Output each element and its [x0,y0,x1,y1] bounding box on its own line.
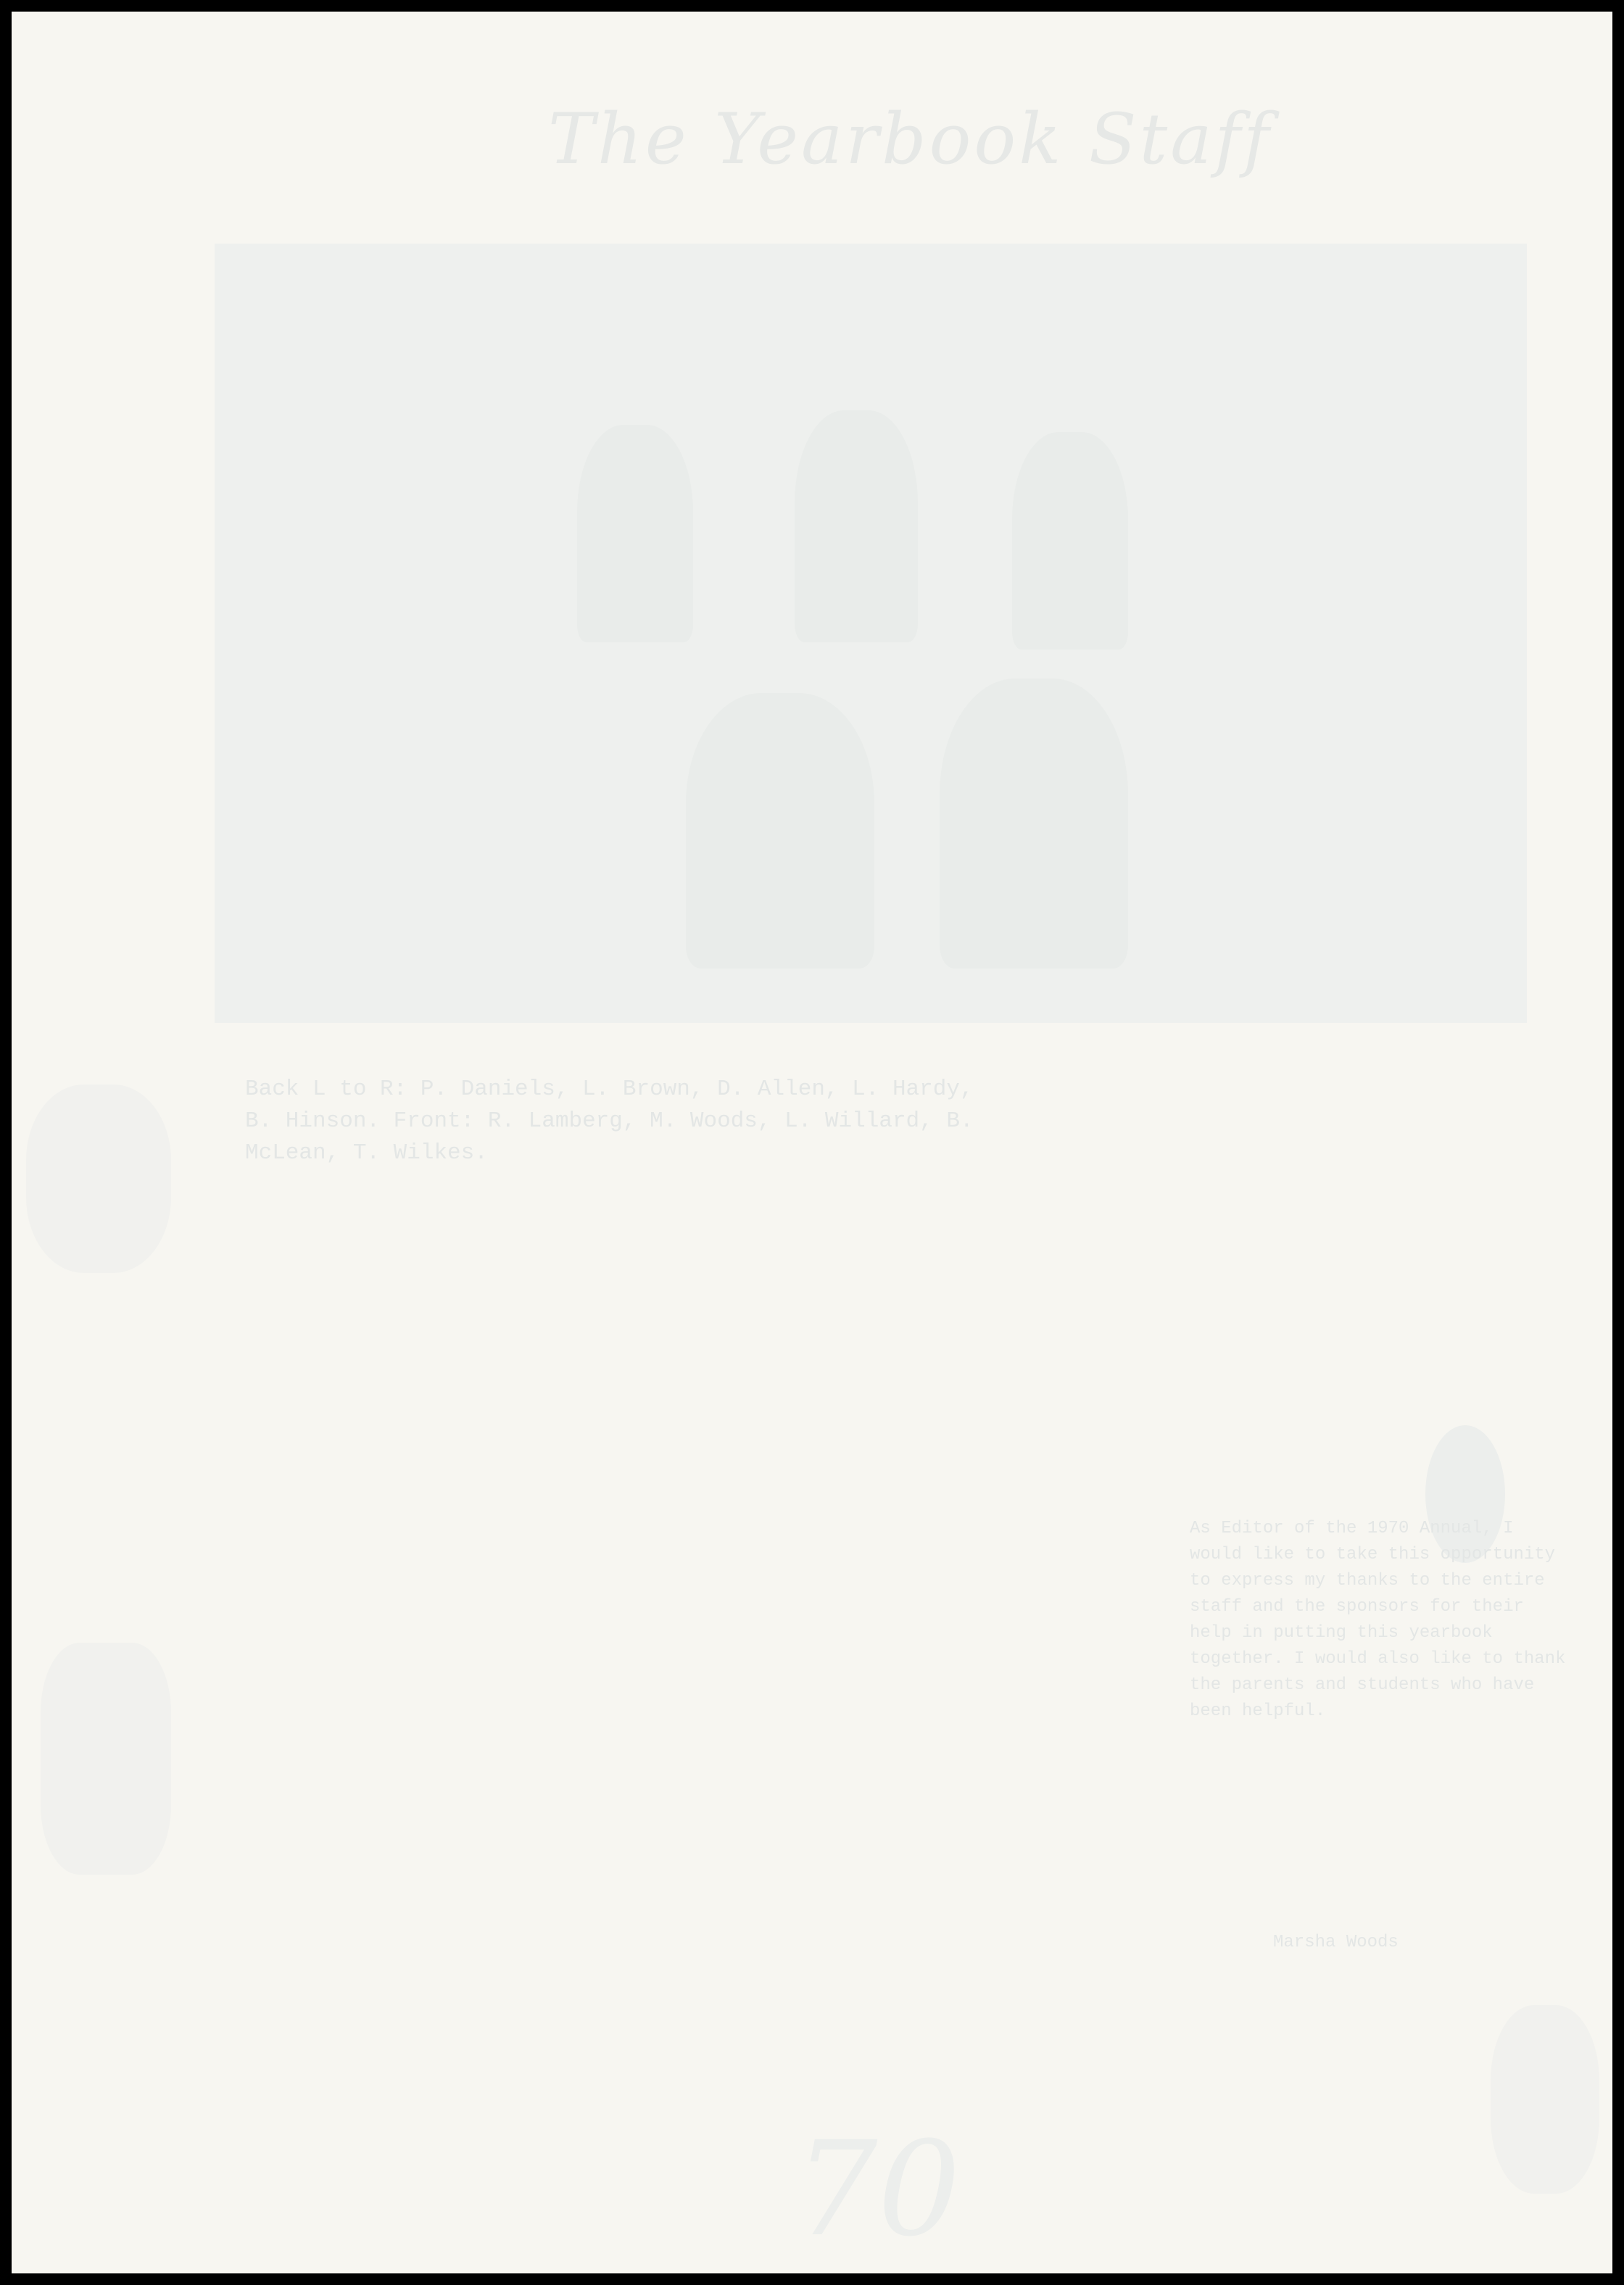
decorative-numeral: 70 [795,2114,961,2265]
caption-line: Back L to R: P. Daniels, L. Brown, D. Al… [245,1074,1405,1106]
decorative-sketch [1491,2005,1599,2194]
caption-line: B. Hinson. Front: R. Lamberg, M. Woods, … [245,1106,1405,1137]
photo-figure [940,679,1128,969]
page-title: The Yearbook Staff [548,99,1272,180]
message-line: to express my thanks to the entire [1190,1568,1624,1594]
photo-figure [577,425,693,642]
decorative-sketch [41,1643,171,1875]
message-line: together. I would also like to thank [1190,1646,1624,1672]
editor-signature: Marsha Woods [1273,1933,1399,1952]
message-line: been helpful. [1190,1699,1624,1725]
message-line: would like to take this opportunity [1190,1542,1624,1568]
message-line: staff and the sponsors for their [1190,1594,1624,1620]
photo-figure [1012,432,1128,650]
photo-caption: Back L to R: P. Daniels, L. Brown, D. Al… [245,1074,1405,1169]
decorative-sketch [26,1085,171,1273]
yearbook-page: The Yearbook Staff Back L to R: P. Danie… [12,12,1612,2273]
message-line: As Editor of the 1970 Annual, I [1190,1516,1624,1542]
message-line: help in putting this yearbook [1190,1620,1624,1646]
message-line: the parents and students who have [1190,1672,1624,1699]
editor-message: As Editor of the 1970 Annual, I would li… [1190,1516,1624,1725]
photo-figure [686,693,874,969]
photo-figure [795,410,918,642]
staff-photo [215,244,1527,1023]
caption-line: McLean, T. Wilkes. [245,1137,1405,1169]
